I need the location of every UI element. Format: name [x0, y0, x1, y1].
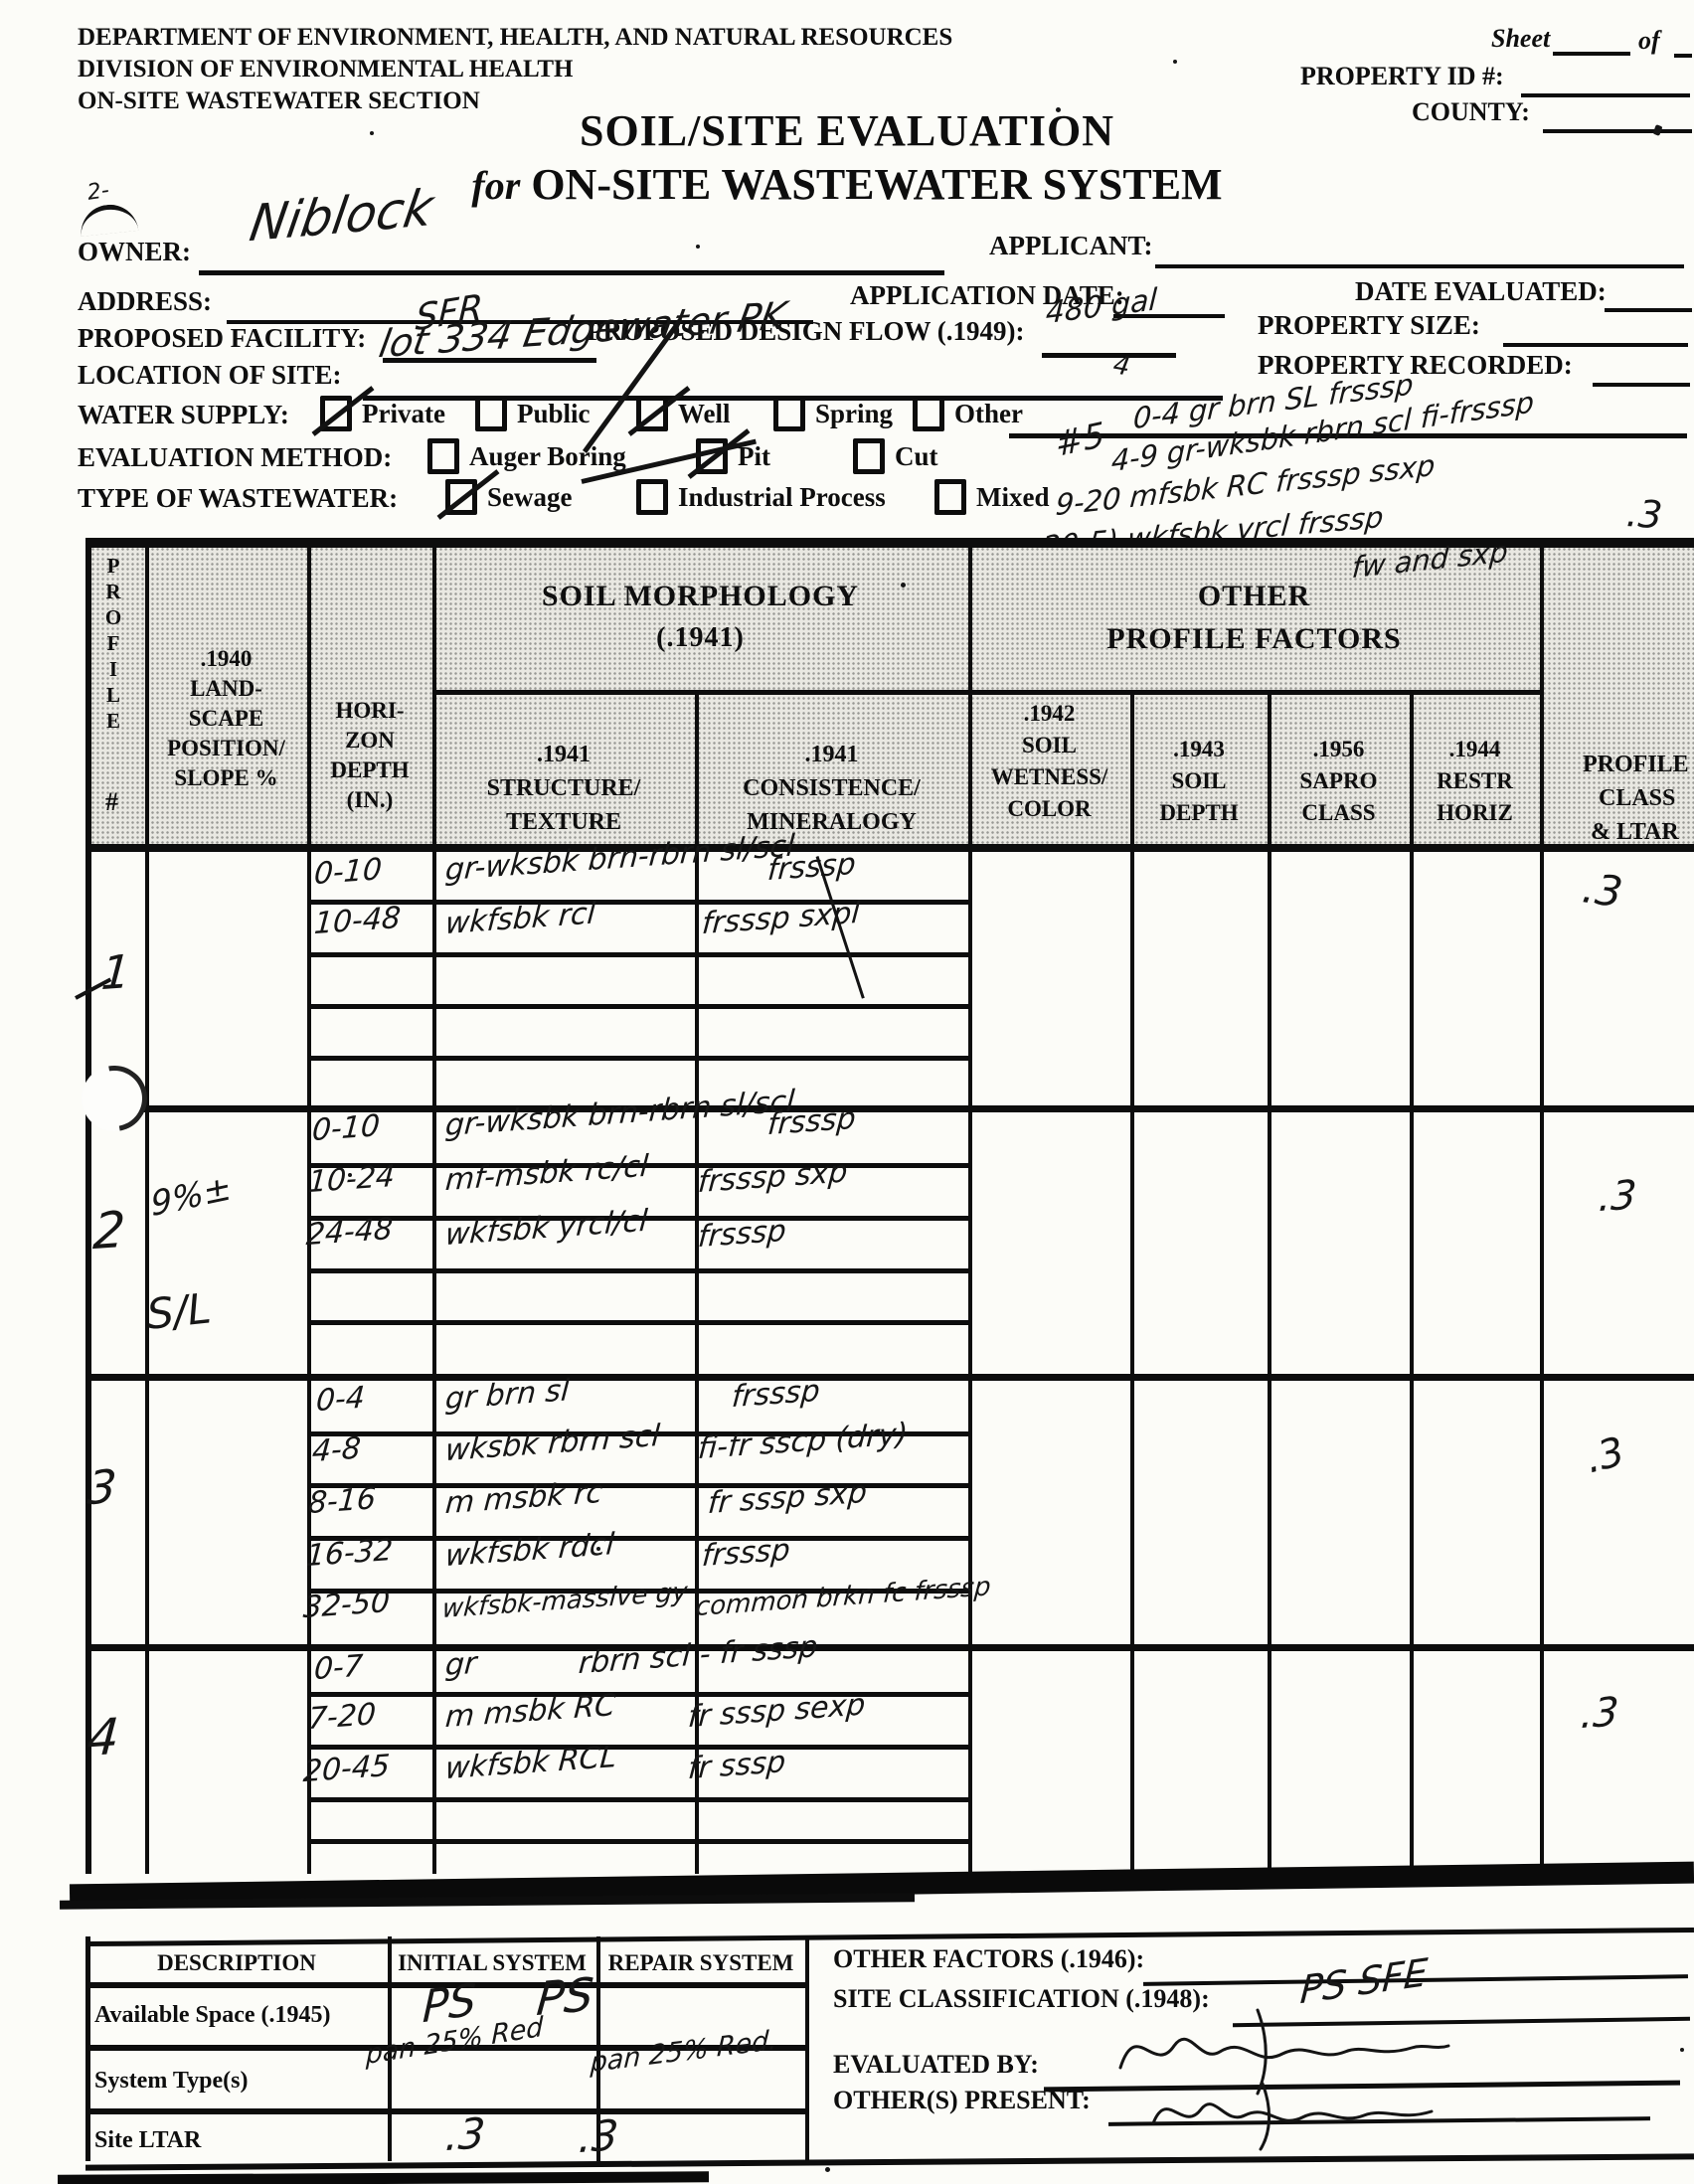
- profile-2-landscape-shape: S/L: [144, 1283, 213, 1338]
- col-line-restr: [1540, 542, 1544, 1874]
- p3-r3-structure: m msbk rc: [444, 1475, 603, 1521]
- row-line: [307, 1320, 968, 1325]
- p2-r2-structure: mf-msbk rc/cl: [444, 1149, 650, 1199]
- property-size-label: PROPERTY SIZE:: [1258, 310, 1480, 341]
- p3-r3-depth: 8-16: [307, 1481, 377, 1521]
- profile-1-class-ltar: .3: [1580, 863, 1626, 917]
- profile-separator-3: [85, 1644, 1694, 1651]
- bottom-section-bottom-line: [85, 2153, 1694, 2170]
- header-horizon-depth: HORI-ZON DEPTH(IN.): [307, 696, 432, 815]
- scan-edge-bar: [58, 2171, 709, 2184]
- p1-r2-depth: 10-48: [313, 901, 402, 941]
- header-sapro-class: .1956SAPRO CLASS: [1268, 734, 1410, 829]
- checkbox-sewage-label: Sewage: [487, 482, 572, 513]
- design-flow-line[interactable]: [1042, 353, 1176, 358]
- p1-r1-consistence: frsssp: [766, 847, 857, 888]
- scan-speck: [1056, 107, 1061, 112]
- header-soil-wetness: .1942SOIL WETNESS/COLOR: [968, 698, 1130, 825]
- sheet-of-label: of: [1638, 26, 1660, 56]
- p3-r1-depth: 0-4: [315, 1380, 366, 1419]
- p3-r2-consistence: fi-fr sscp (dry): [697, 1417, 909, 1466]
- checkbox-public[interactable]: Public: [475, 396, 591, 431]
- checkbox-sewage-box[interactable]: [445, 479, 477, 515]
- agency-line-1: DEPARTMENT OF ENVIRONMENT, HEALTH, AND N…: [78, 24, 952, 52]
- p2-r1-depth: 0-10: [311, 1108, 381, 1148]
- property-recorded-line[interactable]: [1593, 383, 1690, 387]
- checkbox-other-label: Other: [954, 399, 1023, 429]
- profile-4-number: 4: [85, 1708, 121, 1768]
- sheet-number-line[interactable]: [1553, 52, 1630, 56]
- checkbox-cut-label: Cut: [895, 441, 938, 472]
- checkbox-cut[interactable]: Cut: [853, 438, 938, 474]
- profile-2-slope: 9%±: [150, 1168, 233, 1225]
- profile-2-class-ltar: .3: [1597, 1172, 1637, 1221]
- p3-r2-structure: wksbk rbrn scl: [444, 1419, 661, 1468]
- scan-speck: [596, 1547, 600, 1551]
- checkbox-mixed-box[interactable]: [934, 479, 966, 515]
- p2-r2-consistence: frsssp sxp: [697, 1154, 849, 1200]
- date-evaluated-label: DATE EVALUATED:: [1355, 276, 1607, 307]
- owner-line[interactable]: [199, 270, 944, 275]
- checkbox-sewage[interactable]: Sewage: [445, 479, 572, 515]
- row-line: [307, 1004, 968, 1009]
- checkbox-well-box[interactable]: [636, 396, 668, 431]
- site-ltar-initial-value: .3: [443, 2108, 486, 2160]
- bottom-header-repair-system: REPAIR SYSTEM: [596, 1948, 805, 1978]
- form-subtitle: ON-SITE WASTEWATER SYSTEM: [531, 160, 1222, 209]
- col-line-wetness: [1130, 690, 1134, 1874]
- header-profile-class-ltar: PROFILE CLASS & LTAR: [1583, 748, 1694, 849]
- scan-speck: [1173, 60, 1177, 64]
- p2-r3-structure: wkfsbk yrcl/cl: [444, 1204, 649, 1253]
- checkbox-well[interactable]: Well: [636, 396, 731, 431]
- proposed-facility-label: PROPOSED FACILITY:: [78, 323, 366, 354]
- col-line-sapro: [1410, 690, 1414, 1874]
- other-factors-label: OTHER FACTORS (.1946):: [833, 1944, 1144, 1974]
- title-for: for: [471, 163, 520, 208]
- scan-speck: [348, 1173, 352, 1177]
- p2-r1-structure: gr-wksbk brn-rbrn sl/scl: [444, 1084, 796, 1143]
- checkbox-other-box[interactable]: [913, 396, 944, 431]
- checkbox-other[interactable]: Other: [913, 396, 1023, 431]
- row-line: [307, 1692, 968, 1697]
- address-label: ADDRESS:: [78, 286, 212, 317]
- profile-3-number: 3: [85, 1459, 118, 1515]
- table-group-divider: [434, 690, 1544, 695]
- owner-label: OWNER:: [78, 237, 191, 267]
- profile-3-class-ltar: .3: [1581, 1428, 1628, 1482]
- header-consistence-mineralogy: .1941CONSISTENCE/ MINERALOGY: [695, 738, 968, 839]
- scan-speck: [901, 583, 906, 588]
- profile-2-number: 2: [91, 1201, 127, 1261]
- p2-r3-depth: 24-48: [305, 1212, 394, 1253]
- header-soil-depth: .1943SOIL DEPTH: [1130, 734, 1268, 829]
- p3-r1-structure: gr brn sl: [444, 1373, 571, 1417]
- p3-r4-structure: wkfsbk rdcl: [444, 1527, 615, 1574]
- row-line: [307, 1536, 968, 1541]
- bottom-row-available-space-label: Available Space (.1945): [94, 2002, 331, 2029]
- form-title: SOIL/SITE EVALUATION: [0, 105, 1694, 156]
- p4-r1-depth: 0-7: [313, 1648, 364, 1687]
- property-recorded-label: PROPERTY RECORDED:: [1258, 350, 1573, 381]
- header-group-soil-morphology: SOIL MORPHOLOGY: [432, 580, 968, 613]
- p1-r1-depth: 0-10: [313, 852, 383, 892]
- p4-r2-depth: 7-20: [307, 1697, 377, 1737]
- system-type-repair-value: pan 25% Red.: [590, 2025, 777, 2079]
- applicant-label: APPLICANT:: [989, 231, 1153, 261]
- p2-r2-depth: 10-24: [307, 1159, 396, 1200]
- checkbox-mixed-label: Mixed: [976, 482, 1050, 513]
- others-present-label: OTHER(S) PRESENT:: [833, 2086, 1091, 2115]
- table-left-border: [85, 542, 91, 1874]
- design-flow-note-handwriting: 4: [1110, 350, 1132, 382]
- checkbox-spring-box[interactable]: [773, 396, 805, 431]
- property-id-line[interactable]: [1521, 93, 1690, 97]
- checkbox-industrial-process-box[interactable]: [636, 479, 668, 515]
- checkbox-mixed[interactable]: Mixed: [934, 479, 1050, 515]
- scan-speck: [1680, 2048, 1684, 2052]
- checkbox-public-label: Public: [517, 399, 591, 429]
- row-line: [307, 952, 968, 957]
- scan-speck: [825, 2167, 830, 2172]
- applicant-line[interactable]: [1155, 264, 1684, 268]
- margin-pen-mark: 2-: [85, 178, 110, 206]
- bottom-row-site-ltar-label: Site LTAR: [94, 2127, 201, 2154]
- header-restr-horiz: .1944RESTR HORIZ: [1410, 734, 1540, 829]
- soil-site-evaluation-form: DEPARTMENT OF ENVIRONMENT, HEALTH, AND N…: [0, 0, 1694, 2184]
- p3-r5-consistence: common brkn fc frsssp: [695, 1572, 992, 1622]
- p2-r3-consistence: frsssp: [697, 1214, 787, 1255]
- margin-note-ltar: .3: [1624, 491, 1663, 537]
- row-line: [307, 1268, 968, 1273]
- checkbox-well-label: Well: [678, 399, 731, 429]
- p2-r1-consistence: frsssp: [766, 1101, 857, 1142]
- checkbox-spring-label: Spring: [815, 399, 893, 429]
- checkbox-industrial-process[interactable]: Industrial Process: [636, 479, 886, 515]
- site-ltar-repair-value: .3: [577, 2110, 619, 2162]
- evaluation-method-label: EVALUATION METHOD:: [78, 442, 392, 473]
- water-supply-label: WATER SUPPLY:: [78, 400, 289, 430]
- checkbox-cut-box[interactable]: [853, 438, 885, 474]
- row-line: [307, 1483, 968, 1488]
- evaluated-by-label: EVALUATED BY:: [833, 2050, 1039, 2080]
- p3-r3-consistence: fr sssp sxp: [707, 1475, 868, 1521]
- checkbox-industrial-process-label: Industrial Process: [678, 482, 886, 513]
- date-evaluated-line[interactable]: [1605, 308, 1692, 312]
- row-line: [307, 1056, 968, 1061]
- site-classification-value-handwriting: PS SFE: [1298, 1950, 1429, 2013]
- profile-1-number: 1: [99, 944, 132, 1000]
- scan-speck: [696, 245, 700, 249]
- bottom-row-system-types-label: System Type(s): [94, 2068, 248, 2095]
- row-line: [307, 1797, 968, 1802]
- sheet-label: Sheet: [1491, 24, 1550, 54]
- profile-separator-2: [85, 1374, 1694, 1381]
- checkbox-private[interactable]: Private: [320, 396, 445, 431]
- table-header-bottom-border: [85, 844, 1694, 852]
- p4-r3-consistence: fr sssp: [687, 1745, 787, 1786]
- p3-r5-structure: wkfsbk-massive gy: [441, 1578, 689, 1624]
- p3-r4-depth: 16-32: [305, 1533, 394, 1574]
- header-profile-hash: #: [105, 787, 118, 817]
- others-present-signature: [1143, 2074, 1471, 2153]
- property-id-label: PROPERTY ID #:: [1300, 62, 1504, 91]
- checkbox-spring[interactable]: Spring: [773, 396, 893, 431]
- available-space-repair-value: PS: [535, 1967, 596, 2027]
- checkbox-auger-boring[interactable]: Auger Boring: [427, 438, 626, 474]
- p4-r1-structure: gr: [444, 1646, 478, 1683]
- p3-r4-consistence: frsssp: [701, 1533, 791, 1574]
- checkbox-public-box[interactable]: [475, 396, 507, 431]
- p4-r3-depth: 20-45: [302, 1749, 391, 1789]
- bottom-header-description: DESCRIPTION: [85, 1948, 388, 1978]
- p3-r1-consistence: frsssp: [731, 1374, 821, 1415]
- p3-r2-depth: 4-8: [311, 1430, 362, 1469]
- property-size-line[interactable]: [1503, 343, 1688, 347]
- scan-speck: [370, 131, 374, 135]
- checkbox-private-box[interactable]: [320, 396, 352, 431]
- col-line-soil-depth: [1268, 690, 1271, 1874]
- location-label: LOCATION OF SITE:: [78, 360, 342, 391]
- header-profile-vertical: PROFILE: [103, 553, 123, 734]
- header-landscape: .1940LAND- SCAPEPOSITION/ SLOPE %: [145, 644, 307, 793]
- agency-line-2: DIVISION OF ENVIRONMENTAL HEALTH: [78, 56, 573, 84]
- row-line: [307, 1839, 968, 1844]
- wastewater-type-label: TYPE OF WASTEWATER:: [78, 483, 398, 514]
- margin-note-profile-ref: #5: [1055, 415, 1106, 465]
- sheet-total-line[interactable]: [1674, 54, 1692, 58]
- checkbox-auger-boring-box[interactable]: [427, 438, 459, 474]
- profile-4-class-ltar: .3: [1579, 1689, 1619, 1738]
- row-line: [307, 1745, 968, 1750]
- header-structure-texture: .1941STRUCTURE/ TEXTURE: [432, 738, 695, 839]
- checkbox-private-label: Private: [362, 399, 445, 429]
- header-group-soil-morphology-sub: (.1941): [432, 622, 968, 654]
- row-line: [307, 900, 968, 905]
- header-group-other: OTHER: [968, 580, 1540, 613]
- p3-r5-depth: 32-50: [302, 1585, 391, 1625]
- header-group-other-sub: PROFILE FACTORS: [968, 622, 1540, 656]
- checkbox-auger-boring-label: Auger Boring: [469, 441, 626, 472]
